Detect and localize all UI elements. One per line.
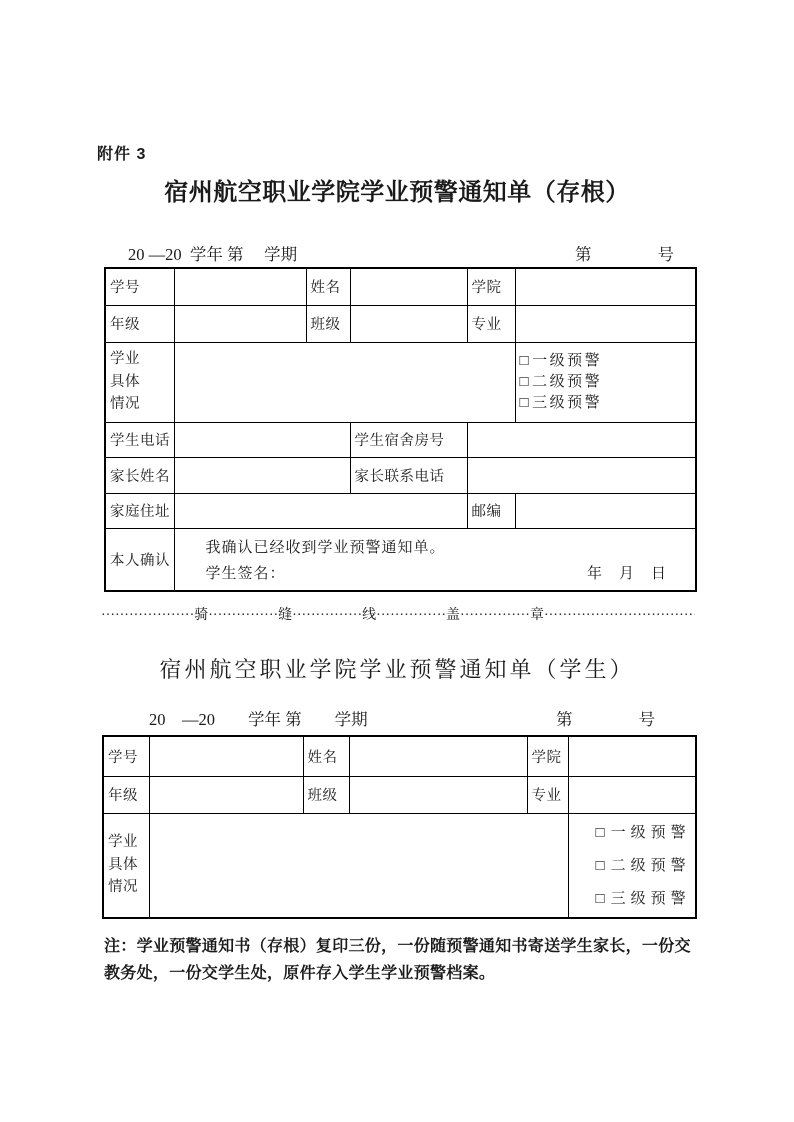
postcode-label: 邮编	[467, 493, 515, 528]
table-row: 学业具体情况 □一级预警 □二级预警 □三级预警	[105, 342, 696, 422]
student-id-field[interactable]	[174, 268, 306, 305]
parent-phone-field[interactable]	[467, 457, 696, 493]
student-serial-line: 第 号	[556, 706, 655, 730]
stub-term-line: 20 —20 学年 第 学期	[128, 241, 297, 265]
name-field[interactable]	[350, 268, 467, 305]
stub-title: 宿州航空职业学院学业预警通知单（存根）	[0, 172, 794, 207]
home-address-field[interactable]	[174, 493, 467, 528]
parent-name-label: 家长姓名	[105, 457, 174, 493]
major-label: 专业	[467, 305, 515, 342]
student-copy-title: 宿州航空职业学院学业预警通知单（学生）	[0, 653, 794, 684]
warning-level-1-label: 一级预警	[611, 825, 691, 841]
warning-level-3-checkbox[interactable]: □三级预警	[596, 887, 696, 908]
table-row: 年级 班级 专业	[103, 776, 696, 813]
warning-level-1-checkbox[interactable]: □一级预警	[596, 821, 696, 842]
warning-level-3-label: 三级预警	[532, 395, 602, 411]
table-row: 家长姓名 家长联系电话	[105, 457, 696, 493]
warning-level-options: □一级预警 □二级预警 □三级预警	[515, 342, 696, 422]
warning-level-options: □一级预警 □二级预警 □三级预警	[568, 813, 696, 918]
checkbox-icon: □	[596, 858, 610, 874]
dorm-room-field[interactable]	[467, 422, 696, 457]
warning-level-2-checkbox[interactable]: □二级预警	[596, 854, 696, 875]
warning-level-3-checkbox[interactable]: □三级预警	[520, 393, 696, 414]
academic-detail-label: 学业具体情况	[105, 342, 174, 422]
table-row: 学业具体情况 □一级预警 □二级预警 □三级预警	[103, 813, 696, 918]
college-field[interactable]	[568, 736, 696, 776]
student-phone-field[interactable]	[174, 422, 350, 457]
college-label: 学院	[467, 268, 515, 305]
table-row: 家庭住址 邮编	[105, 493, 696, 528]
major-label: 专业	[527, 776, 568, 813]
attachment-label: 附件 3	[97, 141, 146, 164]
name-label: 姓名	[306, 268, 350, 305]
grade-field[interactable]	[174, 305, 306, 342]
self-confirm-cell: 我确认已经收到学业预警通知单。 学生签名： 年 月 日	[174, 528, 696, 591]
warning-level-3-label: 三级预警	[611, 891, 691, 907]
table-row: 学号 姓名 学院	[103, 736, 696, 776]
warning-level-1-checkbox[interactable]: □一级预警	[520, 351, 696, 372]
parent-name-field[interactable]	[174, 457, 350, 493]
footnote: 注：学业预警通知书（存根）复印三份，一份随预警通知书寄送学生家长，一份交教务处，…	[104, 933, 696, 987]
student-phone-label: 学生电话	[105, 422, 174, 457]
table-row: 学生电话 学生宿舍房号	[105, 422, 696, 457]
signature-label: 学生签名：	[206, 562, 286, 583]
checkbox-icon: □	[596, 825, 610, 841]
major-field[interactable]	[515, 305, 696, 342]
grade-field[interactable]	[149, 776, 303, 813]
parent-phone-label: 家长联系电话	[350, 457, 467, 493]
table-row: 年级 班级 专业	[105, 305, 696, 342]
stub-serial-line: 第 号	[575, 241, 674, 265]
self-confirm-label: 本人确认	[105, 528, 174, 591]
class-field[interactable]	[349, 776, 527, 813]
checkbox-icon: □	[596, 891, 610, 907]
table-row: 学号 姓名 学院	[105, 268, 696, 305]
confirm-statement: 我确认已经收到学业预警通知单。	[206, 536, 446, 557]
document-page: 附件 3 宿州航空职业学院学业预警通知单（存根） 20 —20 学年 第 学期 …	[0, 0, 794, 1122]
class-label: 班级	[303, 776, 349, 813]
warning-level-2-label: 二级预警	[532, 374, 602, 390]
name-field[interactable]	[349, 736, 527, 776]
dorm-room-label: 学生宿舍房号	[350, 422, 467, 457]
stub-table: 学号 姓名 学院 年级 班级 专业 学业具体情况 □一级预警 □二级预警 □三级…	[104, 267, 697, 592]
warning-level-2-checkbox[interactable]: □二级预警	[520, 372, 696, 393]
student-id-field[interactable]	[149, 736, 303, 776]
academic-detail-field[interactable]	[149, 813, 568, 918]
checkbox-icon: □	[520, 395, 532, 411]
class-field[interactable]	[350, 305, 467, 342]
student-id-label: 学号	[105, 268, 174, 305]
checkbox-icon: □	[520, 374, 532, 390]
table-row: 本人确认 我确认已经收到学业预警通知单。 学生签名： 年 月 日	[105, 528, 696, 591]
perforation-line: ····················骑···············缝···…	[101, 604, 695, 624]
checkbox-icon: □	[520, 353, 532, 369]
grade-label: 年级	[103, 776, 149, 813]
warning-level-2-label: 二级预警	[611, 858, 691, 874]
college-label: 学院	[527, 736, 568, 776]
academic-detail-field[interactable]	[174, 342, 515, 422]
major-field[interactable]	[568, 776, 696, 813]
grade-label: 年级	[105, 305, 174, 342]
academic-detail-label-text: 学业具体情况	[110, 346, 143, 417]
home-address-label: 家庭住址	[105, 493, 174, 528]
name-label: 姓名	[303, 736, 349, 776]
student-term-line: 20 —20 学年 第 学期	[149, 706, 368, 730]
academic-detail-label-text: 学业具体情况	[108, 829, 141, 900]
class-label: 班级	[306, 305, 350, 342]
warning-level-1-label: 一级预警	[532, 353, 602, 369]
student-copy-table: 学号 姓名 学院 年级 班级 专业 学业具体情况 □一级预警 □二级预警	[102, 735, 697, 919]
date-line: 年 月 日	[587, 562, 667, 583]
academic-detail-label: 学业具体情况	[103, 813, 149, 918]
postcode-field[interactable]	[515, 493, 696, 528]
student-id-label: 学号	[103, 736, 149, 776]
college-field[interactable]	[515, 268, 696, 305]
